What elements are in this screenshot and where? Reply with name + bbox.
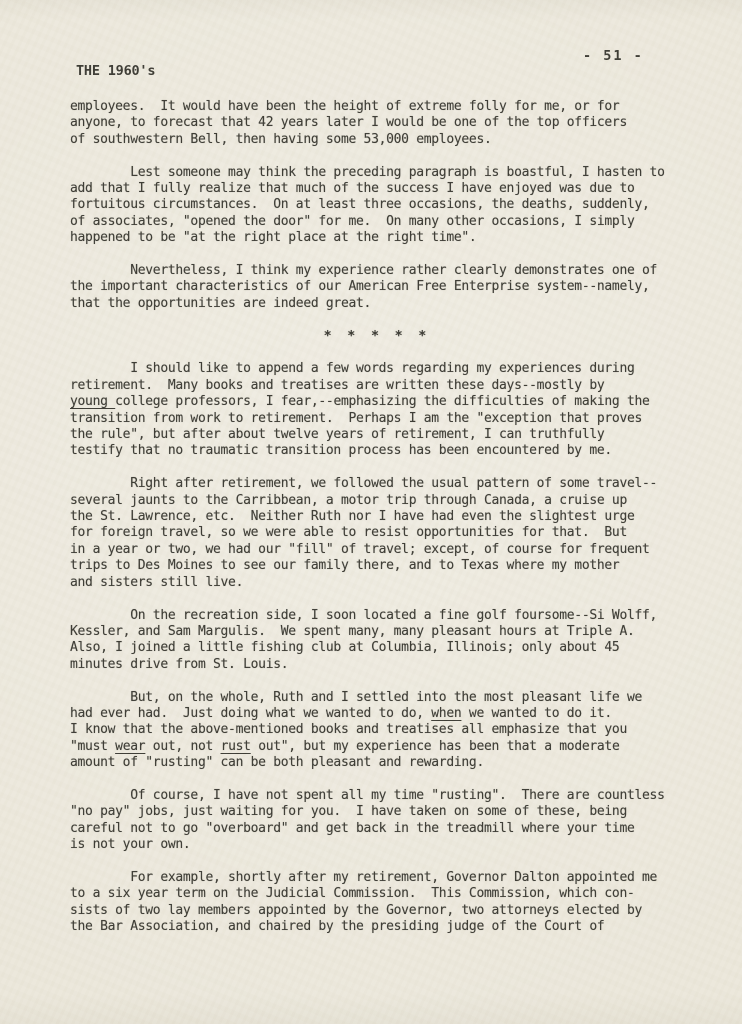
text-segment: in a year or two, we had our "fill" of t… bbox=[70, 542, 650, 557]
underlined-text: young bbox=[70, 394, 115, 409]
section-separator: * * * * * bbox=[70, 329, 684, 345]
text-segment: is not your own. bbox=[70, 837, 190, 852]
text-line: "must wear out, not rust out", but my ex… bbox=[70, 739, 684, 755]
text-segment: careful not to go "overboard" and get ba… bbox=[70, 821, 635, 836]
text-line: in a year or two, we had our "fill" of t… bbox=[70, 542, 684, 558]
text-line: amount of "rusting" can be both pleasant… bbox=[70, 755, 684, 771]
text-segment: minutes drive from St. Louis. bbox=[70, 657, 288, 672]
paragraph: But, on the whole, Ruth and I settled in… bbox=[70, 690, 684, 772]
text-segment: for foreign travel, so we were able to r… bbox=[70, 525, 627, 540]
text-segment: Also, I joined a little fishing club at … bbox=[70, 640, 619, 655]
paragraph: Right after retirement, we followed the … bbox=[70, 476, 684, 591]
text-segment: out", but my experience has been that a … bbox=[251, 739, 620, 754]
text-line: the St. Lawrence, etc. Neither Ruth nor … bbox=[70, 509, 684, 525]
text-line: "no pay" jobs, just waiting for you. I h… bbox=[70, 804, 684, 820]
text-segment: "no pay" jobs, just waiting for you. I h… bbox=[70, 804, 627, 819]
text-line: minutes drive from St. Louis. bbox=[70, 657, 684, 673]
text-line: of associates, "opened the door" for me.… bbox=[70, 214, 684, 230]
text-line: add that I fully realize that much of th… bbox=[70, 181, 684, 197]
text-line: Of course, I have not spent all my time … bbox=[70, 788, 684, 804]
text-segment: college professors, I fear,--emphasizing… bbox=[115, 394, 649, 409]
document-body: employees. It would have been the height… bbox=[70, 99, 684, 936]
text-segment: For example, shortly after my retirement… bbox=[70, 870, 657, 885]
text-line: For example, shortly after my retirement… bbox=[70, 870, 684, 886]
text-line: the Bar Association, and chaired by the … bbox=[70, 919, 684, 935]
text-line: fortuitous circumstances. On at least th… bbox=[70, 197, 684, 213]
text-line: On the recreation side, I soon located a… bbox=[70, 608, 684, 624]
text-segment: of southwestern Bell, then having some 5… bbox=[70, 132, 492, 147]
text-line: Lest someone may think the preceding par… bbox=[70, 165, 684, 181]
text-segment: anyone, to forecast that 42 years later … bbox=[70, 115, 627, 130]
underlined-text: wear bbox=[115, 739, 145, 754]
text-line: testify that no traumatic transition pro… bbox=[70, 443, 684, 459]
text-segment: that the opportunities are indeed great. bbox=[70, 296, 371, 311]
paragraph: For example, shortly after my retirement… bbox=[70, 870, 684, 936]
text-line: Nevertheless, I think my experience rath… bbox=[70, 263, 684, 279]
text-segment: happened to be "at the right place at th… bbox=[70, 230, 476, 245]
text-segment: Lest someone may think the preceding par… bbox=[70, 165, 665, 180]
text-segment: Nevertheless, I think my experience rath… bbox=[70, 263, 657, 278]
text-segment: and sisters still live. bbox=[70, 575, 243, 590]
text-line: young college professors, I fear,--empha… bbox=[70, 394, 684, 410]
text-segment: Kessler, and Sam Margulis. We spent many… bbox=[70, 624, 635, 639]
paragraph: I should like to append a few words rega… bbox=[70, 361, 684, 459]
text-segment: trips to Des Moines to see our family th… bbox=[70, 558, 619, 573]
text-segment: sists of two lay members appointed by th… bbox=[70, 903, 642, 918]
text-line: of southwestern Bell, then having some 5… bbox=[70, 132, 684, 148]
text-line: Right after retirement, we followed the … bbox=[70, 476, 684, 492]
text-segment: employees. It would have been the height… bbox=[70, 99, 619, 114]
document-page: - 51 - THE 1960's employees. It would ha… bbox=[0, 0, 742, 1024]
text-line: Kessler, and Sam Margulis. We spent many… bbox=[70, 624, 684, 640]
chapter-title: THE 1960's bbox=[76, 63, 155, 79]
text-line: employees. It would have been the height… bbox=[70, 99, 684, 115]
text-segment: had ever had. Just doing what we wanted … bbox=[70, 706, 431, 721]
text-line: I should like to append a few words rega… bbox=[70, 361, 684, 377]
text-line: had ever had. Just doing what we wanted … bbox=[70, 706, 684, 722]
text-line: to a six year term on the Judicial Commi… bbox=[70, 886, 684, 902]
text-segment: the rule", but after about twelve years … bbox=[70, 427, 604, 442]
text-line: for foreign travel, so we were able to r… bbox=[70, 525, 684, 541]
text-line: and sisters still live. bbox=[70, 575, 684, 591]
text-segment: Right after retirement, we followed the … bbox=[70, 476, 657, 491]
text-segment: the Bar Association, and chaired by the … bbox=[70, 919, 604, 934]
text-segment: amount of "rusting" can be both pleasant… bbox=[70, 755, 484, 770]
text-segment: to a six year term on the Judicial Commi… bbox=[70, 886, 635, 901]
text-line: the rule", but after about twelve years … bbox=[70, 427, 684, 443]
text-segment: we wanted to do it. bbox=[461, 706, 612, 721]
text-line: But, on the whole, Ruth and I settled in… bbox=[70, 690, 684, 706]
text-line: transition from work to retirement. Perh… bbox=[70, 411, 684, 427]
page-number: - 51 - bbox=[583, 48, 644, 64]
text-segment: I know that the above-mentioned books an… bbox=[70, 722, 627, 737]
text-line: trips to Des Moines to see our family th… bbox=[70, 558, 684, 574]
text-segment: fortuitous circumstances. On at least th… bbox=[70, 197, 650, 212]
text-segment: retirement. Many books and treatises are… bbox=[70, 378, 604, 393]
text-line: anyone, to forecast that 42 years later … bbox=[70, 115, 684, 131]
text-segment: out, not bbox=[145, 739, 220, 754]
text-line: retirement. Many books and treatises are… bbox=[70, 378, 684, 394]
paragraph: On the recreation side, I soon located a… bbox=[70, 608, 684, 674]
text-segment: add that I fully realize that much of th… bbox=[70, 181, 635, 196]
text-segment: several jaunts to the Carribbean, a moto… bbox=[70, 493, 627, 508]
paragraph: Of course, I have not spent all my time … bbox=[70, 788, 684, 854]
text-segment: the important characteristics of our Ame… bbox=[70, 279, 650, 294]
text-line: Also, I joined a little fishing club at … bbox=[70, 640, 684, 656]
text-line: I know that the above-mentioned books an… bbox=[70, 722, 684, 738]
text-segment: testify that no traumatic transition pro… bbox=[70, 443, 612, 458]
text-segment: transition from work to retirement. Perh… bbox=[70, 411, 642, 426]
text-line: happened to be "at the right place at th… bbox=[70, 230, 684, 246]
text-line: the important characteristics of our Ame… bbox=[70, 279, 684, 295]
text-line: several jaunts to the Carribbean, a moto… bbox=[70, 493, 684, 509]
paragraph: Lest someone may think the preceding par… bbox=[70, 165, 684, 247]
text-segment: Of course, I have not spent all my time … bbox=[70, 788, 665, 803]
underlined-text: rust bbox=[221, 739, 251, 754]
text-segment: But, on the whole, Ruth and I settled in… bbox=[70, 690, 642, 705]
text-segment: the St. Lawrence, etc. Neither Ruth nor … bbox=[70, 509, 635, 524]
text-line: that the opportunities are indeed great. bbox=[70, 296, 684, 312]
text-segment: I should like to append a few words rega… bbox=[70, 361, 635, 376]
text-line: is not your own. bbox=[70, 837, 684, 853]
text-line: careful not to go "overboard" and get ba… bbox=[70, 821, 684, 837]
text-segment: of associates, "opened the door" for me.… bbox=[70, 214, 635, 229]
text-segment: "must bbox=[70, 739, 115, 754]
text-segment: On the recreation side, I soon located a… bbox=[70, 608, 657, 623]
paragraph: employees. It would have been the height… bbox=[70, 99, 684, 148]
paragraph: Nevertheless, I think my experience rath… bbox=[70, 263, 684, 312]
underlined-text: when bbox=[431, 706, 461, 721]
text-line: sists of two lay members appointed by th… bbox=[70, 903, 684, 919]
